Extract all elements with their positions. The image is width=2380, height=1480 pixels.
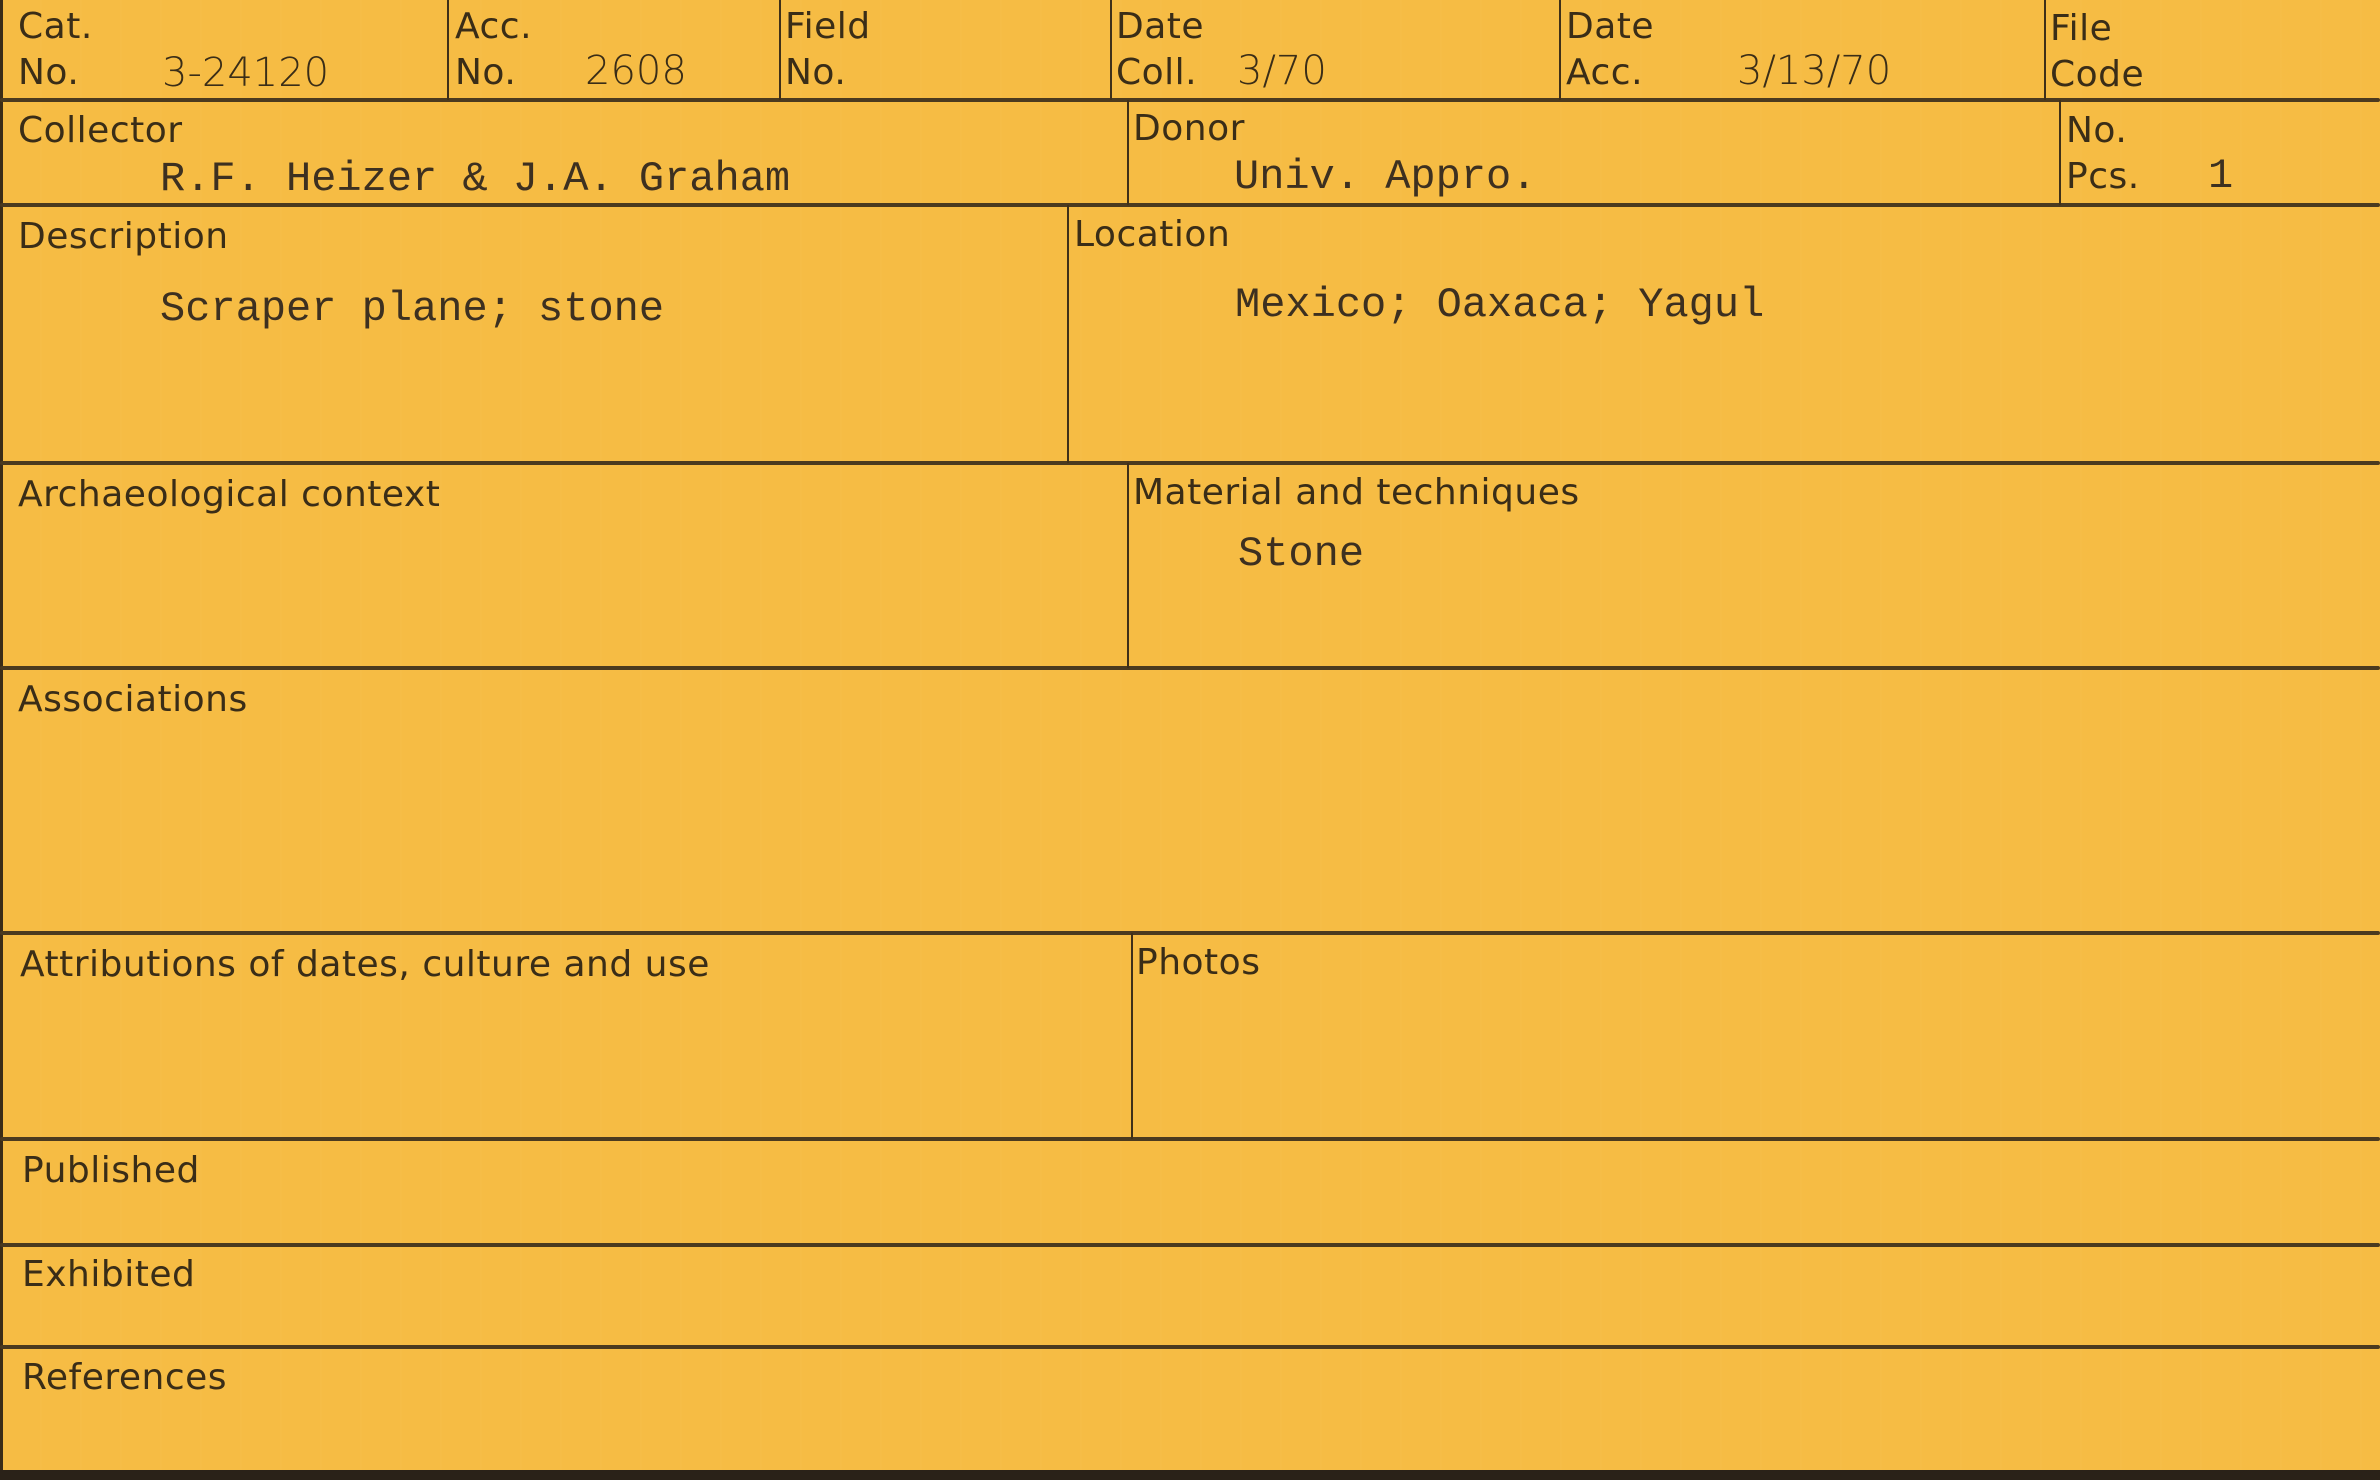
references-label: References <box>22 1355 227 1401</box>
file-code-label-1: File <box>2050 6 2112 52</box>
acc-no-value: 2608 <box>585 48 687 94</box>
card-left-edge <box>0 0 3 1470</box>
file-code-label-2: Code <box>2050 52 2144 98</box>
date-acc-value: 3/13/70 <box>1737 48 1891 94</box>
description-value: Scraper plane; stone <box>160 285 664 333</box>
material-techniques-value: Stone <box>1238 530 1364 578</box>
donor-label: Donor <box>1133 106 1245 152</box>
associations-label: Associations <box>18 677 248 723</box>
no-pcs-label-2: Pcs. <box>2066 154 2140 200</box>
date-acc-label-1: Date <box>1566 4 1654 50</box>
donor-value: Univ. Appro. <box>1234 153 1536 201</box>
divider-field <box>779 0 781 100</box>
material-techniques-label: Material and techniques <box>1133 470 1580 516</box>
acc-no-label-1: Acc. <box>455 4 532 50</box>
divider-row6 <box>0 1137 2380 1141</box>
collector-value: R.F. Heizer & J.A. Graham <box>160 155 790 203</box>
divider-row3 <box>0 461 2380 465</box>
divider-donor <box>1127 100 1129 205</box>
divider-date-coll <box>1110 0 1112 100</box>
divider-row5 <box>0 931 2380 935</box>
divider-acc <box>447 0 449 100</box>
field-no-label-2: No. <box>785 50 846 96</box>
exhibited-label: Exhibited <box>22 1252 195 1298</box>
divider-file-code <box>2044 0 2046 100</box>
divider-row8 <box>0 1345 2380 1349</box>
divider-material <box>1127 463 1129 668</box>
no-pcs-value: 1 <box>2208 152 2233 200</box>
cat-no-label-1: Cat. <box>18 4 93 50</box>
date-acc-label-2: Acc. <box>1566 50 1643 96</box>
acc-no-label-2: No. <box>455 50 516 96</box>
field-no-label-1: Field <box>785 4 871 50</box>
divider-no-pcs <box>2059 100 2061 205</box>
divider-location <box>1067 205 1069 463</box>
date-coll-label-2: Coll. <box>1116 50 1197 96</box>
divider-date-acc <box>1559 0 1561 100</box>
collector-label: Collector <box>18 108 183 154</box>
published-label: Published <box>22 1148 200 1194</box>
divider-photos <box>1131 933 1133 1139</box>
attributions-label: Attributions of dates, culture and use <box>20 942 710 988</box>
cat-no-value: 3-24120 <box>162 50 329 96</box>
divider-row1 <box>0 98 2380 102</box>
no-pcs-label-1: No. <box>2066 108 2127 154</box>
location-label: Location <box>1074 212 1230 258</box>
description-label: Description <box>18 214 229 260</box>
photos-label: Photos <box>1136 940 1260 986</box>
date-coll-label-1: Date <box>1116 4 1204 50</box>
divider-row7 <box>0 1243 2380 1247</box>
cat-no-label-2: No. <box>18 50 79 96</box>
divider-row2 <box>0 203 2380 207</box>
divider-row4 <box>0 666 2380 670</box>
archaeological-context-label: Archaeological context <box>18 472 440 518</box>
location-value: Mexico; Oaxaca; Yagul <box>1235 281 1764 329</box>
date-coll-value: 3/70 <box>1237 48 1327 94</box>
catalog-card: Cat. No. 3-24120 Acc. No. 2608 Field No.… <box>0 0 2380 1470</box>
